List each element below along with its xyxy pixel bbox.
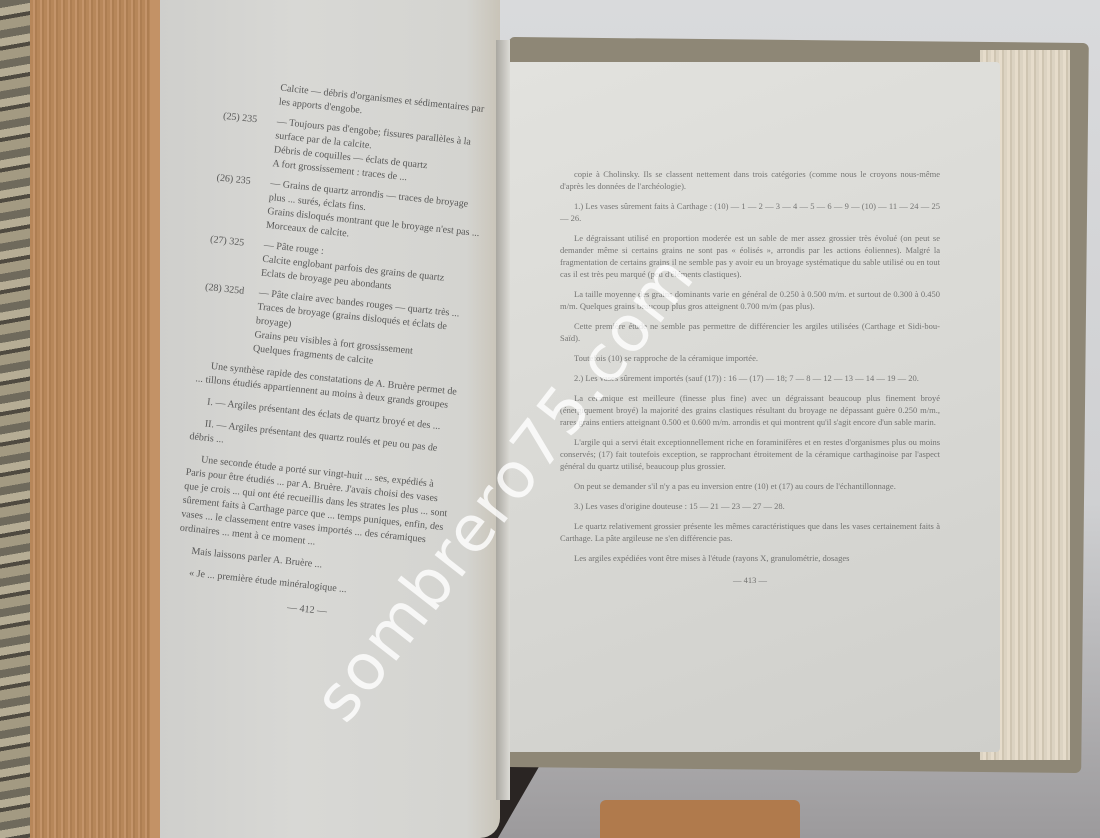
marbled-endpaper <box>0 0 30 838</box>
paragraph: 1.) Les vases sûrement faits à Carthage … <box>560 200 940 224</box>
left-page-edge-stripe <box>150 0 160 838</box>
paragraph: Les argiles expédiées vont être mises à … <box>560 552 940 564</box>
page-number: — 413 — <box>560 574 940 586</box>
paragraph: On peut se demander s'il n'y a pas eu in… <box>560 480 940 492</box>
entry-number: (25) 235 <box>218 110 270 171</box>
paragraph: 3.) Les vases d'origine douteuse : 15 — … <box>560 500 940 512</box>
paragraph: L'argile qui a servi était exceptionnell… <box>560 436 940 472</box>
entry-text: — Pâte claire avec bandes rouges — quart… <box>252 286 474 378</box>
entry-number: (28) 325d <box>199 281 252 355</box>
book-gutter <box>496 40 510 800</box>
wooden-object-bottom <box>600 800 800 838</box>
entry-number: (27) 325 <box>206 233 256 280</box>
paragraph: copie à Cholinsky. Ils se classent nette… <box>560 168 940 192</box>
paragraph: Le dégraissant utilisé en proportion mod… <box>560 232 940 280</box>
paragraph: Le quartz relativement grossier présente… <box>560 520 940 544</box>
left-page-block-edge <box>30 0 150 838</box>
entry-number: (26) 235 <box>211 171 263 232</box>
entry-number <box>224 76 273 109</box>
